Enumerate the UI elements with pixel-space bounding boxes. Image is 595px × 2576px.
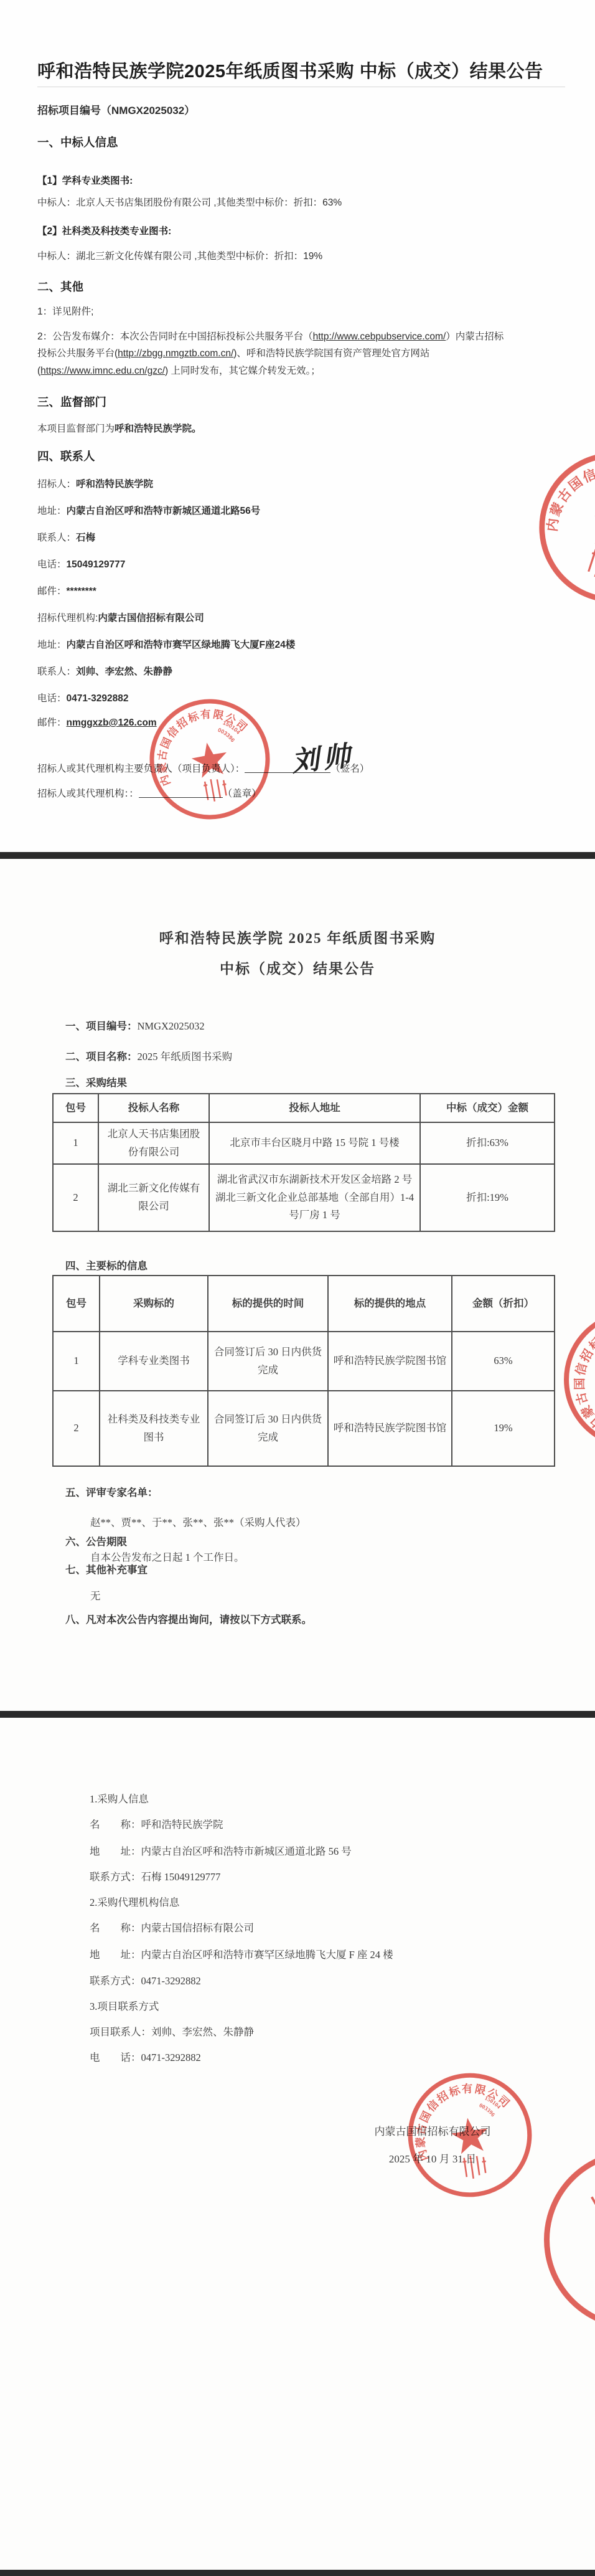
agency-contact-value: 0471-3292882 xyxy=(141,1975,201,1987)
agency-mail-line: 邮件：nmggxzb@126.com xyxy=(37,715,157,729)
svg-text:内蒙古国信招标有限公司: 内蒙古国信招标有限公司 xyxy=(541,445,595,568)
media-line-1-tail: ）内蒙古招标 xyxy=(446,331,504,342)
cell-award-amount: 折扣:19% xyxy=(420,1164,555,1231)
svg-text:150104: 150104 xyxy=(483,2093,502,2112)
buyer-name-value: 呼和浩特民族学院 xyxy=(141,1819,223,1830)
project-contact-heading: 3.项目联系方式 xyxy=(90,1998,159,2013)
scan-section-6-heading: 六、公告期限 xyxy=(65,1533,127,1548)
media-line-1-text: 2：公告发布媒介：本次公告同时在中国招标投标公共服务平台（ xyxy=(37,331,313,342)
seal-code1-text: 150104 xyxy=(483,2093,502,2112)
cell-delivery-place: 呼和浩特民族学院图书馆 xyxy=(328,1391,452,1466)
agency-contact-label: 联系方式： xyxy=(90,1975,141,1987)
mail1-value: ******** xyxy=(67,586,96,597)
agency-contact-line: 联系人：刘帅、李宏然、朱静静 xyxy=(37,664,172,678)
title-divider xyxy=(37,87,565,87)
agency-email-link[interactable]: nmggxzb@126.com xyxy=(67,717,157,728)
buyer-contact-line: 联系方式：石梅 15049129777 xyxy=(90,1868,220,1883)
cell-bidder-name: 湖北三新文化传媒有限公司 xyxy=(98,1164,209,1231)
project-contact-line: 项目联系人：刘帅、李宏然、朱静静 xyxy=(90,2024,254,2039)
scan-project-name-label: 二、项目名称： xyxy=(65,1051,138,1063)
section-3-heading: 三、监督部门 xyxy=(37,394,106,410)
col-header-amount: 金额（折扣） xyxy=(452,1276,555,1332)
page-title: 呼和浩特民族学院2025年纸质图书采购 中标（成交）结果公告 xyxy=(37,57,543,83)
page-separator-band xyxy=(0,852,595,859)
col-header-subject: 采购标的 xyxy=(100,1276,208,1332)
scan-section-5-heading: 五、评审专家名单： xyxy=(65,1484,158,1499)
nmgztb-link[interactable]: http://zbgg.nmgztb.com.cn/ xyxy=(118,348,233,359)
cell-lot: 2 xyxy=(53,1391,100,1466)
col-header-bidder-address: 投标人地址 xyxy=(209,1094,420,1122)
cell-delivery-time: 合同签订后 30 日内供货完成 xyxy=(208,1332,328,1391)
lot2-winner-line: 中标人：湖北三新文化传媒有限公司 ,其他类型中标价：折扣：19% xyxy=(37,249,322,262)
other-item-1: 1：详见附件; xyxy=(37,304,93,318)
scan-section-7-heading: 七、其他补充事宜 xyxy=(65,1561,148,1576)
cell-lot: 1 xyxy=(53,1122,98,1164)
web-announcement-page: 呼和浩特民族学院2025年纸质图书采购 中标（成交）结果公告 招标项目编号（NM… xyxy=(0,0,595,852)
cell-bidder-address: 北京市丰台区晓月中路 15 号院 1 号楼 xyxy=(209,1122,420,1164)
cell-delivery-time: 合同签订后 30 日内供货完成 xyxy=(208,1391,328,1466)
col-header-award-amount: 中标（成交）金额 xyxy=(420,1094,555,1122)
address2-value: 内蒙古自治区呼和浩特市赛罕区绿地腾飞大厦F座24楼 xyxy=(67,640,296,650)
seal-code2-text: 003396 xyxy=(216,724,237,746)
media-line-3-tail: ) 上同时发布，其它媒介转发无效。； xyxy=(165,366,321,376)
col-header-delivery-time: 标的提供的时间 xyxy=(208,1276,328,1332)
svg-text:150104: 150104 xyxy=(221,717,242,737)
agency-address-value: 内蒙古自治区呼和浩特市赛罕区绿地腾飞大厦 F 座 24 楼 xyxy=(141,1949,393,1961)
media-line-2-text: 投标公共服务平台( xyxy=(37,348,118,359)
agency-info-heading: 2.采购代理机构信息 xyxy=(90,1894,179,1909)
seal-company-text: 内蒙古国信招标有限公司 xyxy=(146,701,258,788)
project-phone-line: 电 话：0471-3292882 xyxy=(90,2049,201,2064)
handwritten-signature: 刘帅 xyxy=(289,733,355,779)
table-row: 1 学科专业类图书 合同签订后 30 日内供货完成 呼和浩特民族学院图书馆 63… xyxy=(53,1332,555,1391)
agency-address-label: 地 址： xyxy=(90,1949,141,1961)
address1-value: 内蒙古自治区呼和浩特市新城区通道北路56号 xyxy=(67,506,261,516)
cell-subject: 学科专业类图书 xyxy=(100,1332,208,1391)
svg-text:内蒙古国信招标有限公司: 内蒙古国信招标有限公司 xyxy=(146,701,258,788)
media-line-2-tail: )、呼和浩特民族学院国有资产管理处官方网站 xyxy=(233,348,429,359)
cebpubservice-link[interactable]: http://www.cebpubservice.com/ xyxy=(313,331,446,342)
seal-mongolian-script xyxy=(589,2178,595,2221)
tenderer-mail-line: 邮件：******** xyxy=(37,584,96,597)
cell-lot: 1 xyxy=(53,1332,100,1391)
table-row: 2 湖北三新文化传媒有限公司 湖北省武汉市东湖新技术开发区金培路 2 号湖北三新… xyxy=(53,1164,555,1231)
scan-title-line-2: 中标（成交）结果公告 xyxy=(0,957,595,978)
phone2-value: 0471-3292882 xyxy=(67,693,129,704)
buyer-address-label: 地 址： xyxy=(90,1845,141,1857)
seal-line-label: 招标人或其代理机构：： xyxy=(37,788,139,799)
contact1-value: 石梅 xyxy=(76,533,95,543)
scan-section-3-heading: 三、采购结果 xyxy=(65,1074,127,1089)
project-number: 招标项目编号（NMGX2025032） xyxy=(37,102,195,117)
project-phone-value: 0471-3292882 xyxy=(141,2052,201,2063)
scan-project-name-value: 2025 年纸质图书采购 xyxy=(138,1051,233,1063)
scan-project-number-label: 一、项目编号： xyxy=(65,1020,138,1032)
scan-project-number-value: NMGX2025032 xyxy=(138,1020,205,1032)
footer-company: 内蒙古国信招标有限公司 xyxy=(349,2123,517,2138)
cell-delivery-place: 呼和浩特民族学院图书馆 xyxy=(328,1332,452,1391)
project-contact-value: 刘帅、李宏然、朱静静 xyxy=(151,2026,254,2038)
scan-section-4-heading: 四、主要标的信息 xyxy=(65,1257,148,1272)
scan-section-8-heading: 八、凡对本次公告内容提出询问，请按以下方式联系。 xyxy=(65,1611,312,1626)
seal-company-text: 内蒙古国信招标有限公司 xyxy=(560,2173,595,2341)
seal-company-text: 内蒙古国信招标有限公司 xyxy=(541,445,595,568)
cell-bidder-address: 湖北省武汉市东湖新技术开发区金培路 2 号湖北三新文化企业总部基地（全部自用）1… xyxy=(209,1164,420,1231)
buyer-name-line: 名 称：呼和浩特民族学院 xyxy=(90,1816,223,1831)
table-row: 1 北京人天书店集团股份有限公司 北京市丰台区晓月中路 15 号院 1 号楼 折… xyxy=(53,1122,555,1164)
footer-date: 2025 年 10 月 31 日 xyxy=(349,2150,517,2166)
supervisor-line: 本项目监督部门为呼和浩特民族学院。 xyxy=(37,421,202,435)
media-line-1: 2：公告发布媒介：本次公告同时在中国招标投标公共服务平台（http://www.… xyxy=(37,329,504,343)
agency-address-line: 地 址：内蒙古自治区呼和浩特市赛罕区绿地腾飞大厦 F 座 24 楼 xyxy=(90,1946,393,1961)
tenderer-label: 招标人： xyxy=(37,479,76,490)
agency-address-line: 地址：内蒙古自治区呼和浩特市赛罕区绿地腾飞大厦F座24楼 xyxy=(37,637,295,651)
expert-list: 赵**、贾**、于**、张**、张**（采购人代表） xyxy=(90,1514,306,1529)
page-separator-band xyxy=(0,2570,595,2576)
agency-line: 招标代理机构:内蒙古国信招标有限公司 xyxy=(37,610,204,624)
cell-subject: 社科类及科技类专业图书 xyxy=(100,1391,208,1466)
col-header-delivery-place: 标的提供的地点 xyxy=(328,1276,452,1332)
seal-suffix: （盖章） xyxy=(223,788,261,799)
agency-contact-line: 联系方式：0471-3292882 xyxy=(90,1972,201,1987)
page-separator-band xyxy=(0,1711,595,1718)
lot1-heading: 【1】学科专业类图书: xyxy=(37,173,133,187)
scan-project-number: 一、项目编号：NMGX2025032 xyxy=(65,1018,205,1033)
col-header-lot: 包号 xyxy=(53,1094,98,1122)
mail2-label: 邮件： xyxy=(37,717,67,728)
scanned-page-1: 呼和浩特民族学院 2025 年纸质图书采购 中标（成交）结果公告 一、项目编号：… xyxy=(0,859,595,1711)
col-header-lot: 包号 xyxy=(53,1276,100,1332)
agency-phone-line: 电话：0471-3292882 xyxy=(37,691,129,704)
table-header-row: 包号 投标人名称 投标人地址 中标（成交）金额 xyxy=(53,1094,555,1122)
seal-line: 招标人或其代理机构：：（盖章） xyxy=(37,786,261,800)
table-header-row: 包号 采购标的 标的提供的时间 标的提供的地点 金额（折扣） xyxy=(53,1276,555,1332)
section-4-heading: 四、联系人 xyxy=(37,448,95,464)
mail1-label: 邮件： xyxy=(37,586,67,597)
seal-code1-text: 150104 xyxy=(221,717,242,737)
tenderer-value: 呼和浩特民族学院 xyxy=(76,479,153,490)
buyer-contact-label: 联系方式： xyxy=(90,1871,141,1883)
svg-text:内蒙古国信招标有限公司: 内蒙古国信招标有限公司 xyxy=(560,2173,595,2341)
section-2-heading: 二、其他 xyxy=(37,278,83,295)
svg-text:003396: 003396 xyxy=(216,724,237,746)
tenderer-address-line: 地址：内蒙古自治区呼和浩特市新城区通道北路56号 xyxy=(37,503,260,517)
company-seal-stamp-main: 内蒙古国信招标有限公司 150104 003396 xyxy=(138,687,282,831)
cell-amount: 19% xyxy=(452,1391,555,1466)
tenderer-contact-line: 联系人：石梅 xyxy=(37,530,95,544)
screenshot-root: { "colors": { "stamp_red": "#dd4f46", "b… xyxy=(0,0,595,2576)
signature-line-label: 招标人或其代理机构主要负责人（项目负责人）： xyxy=(37,764,245,774)
col-header-bidder-name: 投标人名称 xyxy=(98,1094,209,1122)
table-row: 2 社科类及科技类专业图书 合同签订后 30 日内供货完成 呼和浩特民族学院图书… xyxy=(53,1391,555,1466)
cell-amount: 63% xyxy=(452,1332,555,1391)
project-phone-label: 电 话： xyxy=(90,2052,141,2063)
buyer-name-label: 名 称： xyxy=(90,1819,141,1830)
agency-value: 内蒙古国信招标有限公司 xyxy=(98,613,204,623)
agency-label: 招标代理机构: xyxy=(37,613,98,623)
address2-label: 地址： xyxy=(37,640,67,650)
supervisor-name: 呼和浩特民族学院。 xyxy=(115,424,202,434)
contact1-label: 联系人： xyxy=(37,533,76,543)
contact2-label: 联系人： xyxy=(37,666,76,677)
seal-blank xyxy=(139,788,223,798)
lot1-winner-line: 中标人：北京人天书店集团股份有限公司 ,其他类型中标价：折扣：63% xyxy=(37,195,342,209)
project-contact-label: 项目联系人： xyxy=(90,2026,151,2038)
scan-project-name: 二、项目名称：2025 年纸质图书采购 xyxy=(65,1048,232,1063)
contact2-value: 刘帅、李宏然、朱静静 xyxy=(76,666,172,677)
buyer-address-line: 地 址：内蒙古自治区呼和浩特市新城区通道北路 56 号 xyxy=(90,1843,352,1858)
buyer-info-heading: 1.采购人信息 xyxy=(90,1791,149,1806)
imnc-link[interactable]: https://www.imnc.edu.cn/gzc/ xyxy=(40,366,165,376)
phone1-label: 电话： xyxy=(37,559,67,570)
main-subject-table: 包号 采购标的 标的提供的时间 标的提供的地点 金额（折扣） 1 学科专业类图书… xyxy=(52,1275,555,1467)
supervisor-prefix: 本项目监督部门为 xyxy=(37,424,115,434)
tenderer-phone-line: 电话：15049129777 xyxy=(37,557,125,571)
seal-mongolian-script xyxy=(586,547,595,582)
cell-award-amount: 折扣:63% xyxy=(420,1122,555,1164)
buyer-contact-value: 石梅 15049129777 xyxy=(141,1871,221,1883)
company-seal-stamp-partial-bottom: 内蒙古国信招标有限公司 150104 003396 xyxy=(506,2112,595,2367)
section-1-heading: 一、中标人信息 xyxy=(37,134,118,150)
cell-bidder-name: 北京人天书店集团股份有限公司 xyxy=(98,1122,209,1164)
scanned-page-2: 1.采购人信息 名 称：呼和浩特民族学院 地 址：内蒙古自治区呼和浩特市新城区通… xyxy=(0,1718,595,2570)
media-line-3: (https://www.imnc.edu.cn/gzc/) 上同时发布，其它媒… xyxy=(37,363,321,377)
procurement-result-table: 包号 投标人名称 投标人地址 中标（成交）金额 1 北京人天书店集团股份有限公司… xyxy=(52,1093,555,1232)
agency-name-line: 名 称：内蒙古国信招标有限公司 xyxy=(90,1920,254,1934)
tenderer-line: 招标人：呼和浩特民族学院 xyxy=(37,476,153,490)
lot2-heading: 【2】社科类及科技类专业图书: xyxy=(37,224,171,237)
company-seal-stamp-partial-top: 内蒙古国信招标有限公司 150104 003396 xyxy=(516,429,595,625)
media-line-2: 投标公共服务平台(http://zbgg.nmgztb.com.cn/)、呼和浩… xyxy=(37,346,429,359)
seal-star-icon xyxy=(587,501,595,555)
buyer-address-value: 内蒙古自治区呼和浩特市新城区通道北路 56 号 xyxy=(141,1845,352,1857)
agency-name-label: 名 称： xyxy=(90,1922,141,1934)
cell-lot: 2 xyxy=(53,1164,98,1231)
phone1-value: 15049129777 xyxy=(67,559,126,570)
seal-code2-text: 003396 xyxy=(477,2101,497,2120)
scan-title-line-1: 呼和浩特民族学院 2025 年纸质图书采购 xyxy=(0,927,595,947)
supplementary-none: 无 xyxy=(90,1588,101,1603)
phone2-label: 电话： xyxy=(37,693,67,704)
address1-label: 地址： xyxy=(37,506,67,516)
agency-name-value: 内蒙古国信招标有限公司 xyxy=(141,1922,255,1934)
svg-text:003396: 003396 xyxy=(477,2101,497,2120)
